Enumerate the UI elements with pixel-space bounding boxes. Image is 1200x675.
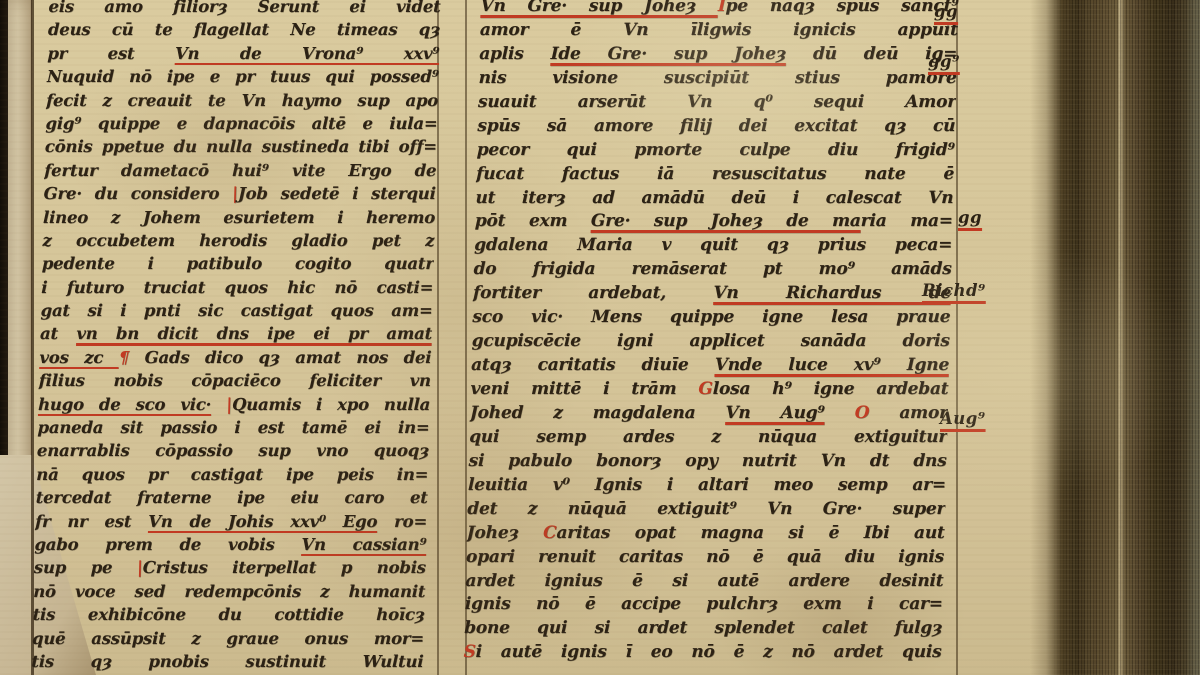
text-segment: Joheȝ xyxy=(466,523,543,543)
text-segment: atqȝ caritatis diuīe xyxy=(471,355,715,375)
rubricated-underlined-text: vos zc xyxy=(39,348,119,367)
text-segment: cōnis ppetue du nulla sustineda tibi off… xyxy=(45,137,437,156)
text-segment: filius nobis cōpaciēco feliciter vn xyxy=(39,371,431,390)
manuscript-line: eis amo filiorȝ Serunt ei videt xyxy=(48,0,441,18)
text-segment: gig⁹ quippe e dapnacōis altē e iula= xyxy=(45,114,437,133)
text-segment: tercedat fraterne ipe eiu caro et xyxy=(35,488,427,507)
manuscript-line: fucat factus iā resuscitatus nate ē xyxy=(476,163,955,187)
text-segment: ro= xyxy=(377,512,427,531)
text-segment: Job sedetē i sterqui xyxy=(238,184,436,203)
manuscript-line: pecor qui pmorte culpe diu frigid⁹ xyxy=(476,139,955,163)
manuscript-line: pr est Vn de Vrona⁹ xxv⁹ xyxy=(47,42,440,65)
manuscript-line: do frigida remāserat pt mo⁹ amāds xyxy=(473,258,952,282)
manuscript-line: ut iterȝ ad amādū deū i calescat Vn xyxy=(475,187,954,211)
manuscript-line: tis exhibicōne du cottidie hoīcȝ xyxy=(32,603,425,626)
text-segment: gdalena Maria v quit qȝ prius peca= xyxy=(474,235,953,255)
rubricated-underlined-text: Gre· sup Joheȝ de ma xyxy=(591,211,861,231)
rubric-mark: C xyxy=(543,523,557,543)
text-segment: Gre· du considero xyxy=(43,184,232,203)
manuscript-line: fertur dametacō hui⁹ vite Ergo de xyxy=(44,159,437,182)
manuscript-line: atqȝ caritatis diuīe Vnde luce xv⁹ Igne xyxy=(471,354,950,378)
manuscript-line: filius nobis cōpaciēco feliciter vn xyxy=(38,369,431,392)
manuscript-line: det z nūquā extiguit⁹ Vn Gre· super xyxy=(467,498,946,522)
text-segment: bone qui si ardet splendet calet fulgȝ xyxy=(464,618,943,638)
margin-citation-note: gg⁹ xyxy=(928,52,960,71)
text-segment: lineo z Johem esurietem i heremo xyxy=(43,208,435,227)
manuscript-line: tis qȝ pnobis sustinuit Wultui xyxy=(31,650,424,673)
text-segment: fr nr est xyxy=(35,512,149,531)
manuscript-line: qui semp ardes z nūqua extiguitur xyxy=(469,426,948,450)
manuscript-line: suauit arserūt Vn q⁰ sequi Amor xyxy=(478,91,957,115)
manuscript-line: veni mittē i trām Glosa h⁹ igne ardebat xyxy=(470,378,949,402)
text-segment: aritas opat magna si ē Ibi aut xyxy=(556,523,945,543)
text-segment xyxy=(824,403,855,423)
rubric-mark: O xyxy=(854,403,869,423)
manuscript-line: opari renuit caritas nō ē quā diu ignis xyxy=(466,546,945,570)
left-text-column: eis amo filiorȝ Serunt ei videtdeus cū t… xyxy=(31,0,441,673)
rubricated-underlined-text: Vn de Johis xxv⁰ Ego xyxy=(148,512,378,531)
rubricated-underlined-text: Ide Gre· sup Joheȝ xyxy=(550,44,786,64)
text-segment: ignis nō ē accipe pulchrȝ exm i car= xyxy=(465,594,944,614)
manuscript-line: si pabulo bonorȝ opy nutrit Vn dt dns xyxy=(468,450,947,474)
manuscript-line: Si autē ignis ī eo nō ē z nō ardet quis xyxy=(463,641,942,665)
text-segment: i futuro truciat quos hic nō casti= xyxy=(41,278,433,297)
manuscript-line: Joheȝ Caritas opat magna si ē Ibi aut xyxy=(466,522,945,546)
manuscript-line: amor ē Vn īligwis ignicis appuit xyxy=(480,19,959,43)
manuscript-line: sup pe |Cristus iterpellat p nobis xyxy=(34,556,427,579)
manuscript-line: nis visione suscipiūt stius pamore xyxy=(478,67,957,91)
manuscript-line: gabo prem de vobis Vn cassian⁹ xyxy=(34,533,427,556)
text-segment: aplis xyxy=(479,44,551,64)
text-segment: pe naqȝ spūs sanct⁹ xyxy=(725,0,958,16)
manuscript-line: nā quos pr castigat ipe peis in= xyxy=(36,463,429,486)
text-segment: suauit arserūt Vn q⁰ sequi Amor xyxy=(478,92,957,112)
text-segment: enarrablis cōpassio sup vno quoqȝ xyxy=(37,441,429,460)
text-segment: amor xyxy=(869,403,948,423)
manuscript-line: tercedat fraterne ipe eiu caro et xyxy=(35,486,428,509)
rubricated-underlined-text: Vn de Vrona⁹ xxv⁹ xyxy=(175,44,440,63)
manuscript-line: quē assūpsit z graue onus mor= xyxy=(32,627,425,650)
manuscript-line: gig⁹ quippe e dapnacōis altē e iula= xyxy=(45,112,438,135)
text-segment: quē assūpsit z graue onus mor= xyxy=(32,629,424,648)
margin-citation-note: Richd⁹ xyxy=(922,281,986,300)
text-segment: det z nūquā extiguit⁹ Vn Gre· super xyxy=(467,499,946,519)
book-fore-edge xyxy=(1030,0,1200,675)
text-segment: at xyxy=(40,324,77,343)
manuscript-line: at vn bn dicit dns ipe ei pr amat xyxy=(40,322,433,345)
text-segment: gat si i pnti sic castigat quos am= xyxy=(40,301,432,320)
manuscript-line: cōnis ppetue du nulla sustineda tibi off… xyxy=(45,135,438,158)
text-segment: nō voce sed redempcōnis z humanit xyxy=(33,582,425,601)
manuscript-line: sco vic· Mens quippe igne lesa praue xyxy=(472,306,951,330)
text-segment: ria ma= xyxy=(860,211,953,231)
text-segment: Quamis i xpo nulla xyxy=(232,395,431,414)
text-segment: i autē ignis ī eo nō ē z nō ardet quis xyxy=(475,642,941,662)
rubric-mark: G xyxy=(698,379,713,399)
text-segment: Cristus iterpellat p nobis xyxy=(143,558,427,577)
rubricated-underlined-text: Vn Richardus de xyxy=(713,283,951,303)
manuscript-photo: eis amo filiorȝ Serunt ei videtdeus cū t… xyxy=(0,0,1200,675)
manuscript-line: Nuquid nō ipe e pr tuus qui possed⁹ xyxy=(46,65,439,88)
text-segment: nis visione suscipiūt stius pamore xyxy=(478,68,957,88)
text-segment: fertur dametacō hui⁹ vite Ergo de xyxy=(44,161,436,180)
text-segment: pr est xyxy=(47,44,175,63)
text-segment: ardet ignius ē si autē ardere desinit xyxy=(465,571,944,591)
rubric-mark: ¶ xyxy=(119,348,130,367)
text-segment: z occubetem herodis gladio pet z xyxy=(42,231,434,250)
manuscript-line: paneda sit passio i est tamē ei in= xyxy=(37,416,430,439)
manuscript-line: fr nr est Vn de Johis xxv⁰ Ego ro= xyxy=(35,510,428,533)
manuscript-line: fortiter ardebat, Vn Richardus de xyxy=(473,282,952,306)
manuscript-line: deus cū te flagellat Ne timeas qȝ xyxy=(48,18,441,41)
rubricated-underlined-text: vn bn dicit dns ipe ei pr amat xyxy=(76,324,432,343)
text-segment: tis qȝ pnobis sustinuit Wultui xyxy=(31,652,423,671)
manuscript-line: ardet ignius ē si autē ardere desinit xyxy=(465,570,944,594)
manuscript-line: z occubetem herodis gladio pet z xyxy=(42,229,435,252)
margin-citation-note: Aug⁹ xyxy=(940,409,986,428)
manuscript-line: i futuro truciat quos hic nō casti= xyxy=(41,276,434,299)
manuscript-line: gat si i pnti sic castigat quos am= xyxy=(40,299,433,322)
fore-edge-grain xyxy=(1030,0,1200,675)
text-segment: paneda sit passio i est tamē ei in= xyxy=(37,418,429,437)
text-segment: eis amo filiorȝ Serunt ei videt xyxy=(48,0,440,16)
text-segment xyxy=(211,395,227,414)
rubricated-underlined-text: Vn Aug⁹ xyxy=(725,403,825,423)
text-segment: tis exhibicōne du cottidie hoīcȝ xyxy=(32,605,424,624)
text-segment: fortiter ardebat, xyxy=(473,283,714,303)
rubricated-underlined-text: Vn Gre· sup Joheȝ xyxy=(480,0,718,16)
right-text-column: Vn Gre· sup Joheȝ Ipe naqȝ spūs sanct⁹am… xyxy=(463,0,959,665)
text-segment: pedente i patibulo cogito quatr xyxy=(42,254,434,273)
manuscript-line: Johed z magdalena Vn Aug⁹ O amor xyxy=(469,402,948,426)
text-segment: pecor qui pmorte culpe diu frigid⁹ xyxy=(476,140,955,160)
rubricated-underlined-text: Vn cassian⁹ xyxy=(301,535,427,554)
text-segment: nā quos pr castigat ipe peis in= xyxy=(36,465,428,484)
text-segment: Gads dico qȝ amat nos dei xyxy=(129,348,432,367)
manuscript-line: pōt exm Gre· sup Joheȝ de maria ma= xyxy=(475,210,954,234)
manuscript-line: pedente i patibulo cogito quatr xyxy=(42,252,435,275)
text-segment: gabo prem de vobis xyxy=(34,535,301,554)
margin-citation-note: gg xyxy=(958,208,982,227)
text-segment: spūs sā amore filij dei excitat qȝ cū xyxy=(477,116,956,136)
text-segment: sup pe xyxy=(34,558,138,577)
manuscript-line: fecit z creauit te Vn haymo sup apo xyxy=(46,89,439,112)
text-segment: amor ē Vn īligwis ignicis appuit xyxy=(480,20,959,40)
manuscript-line: bone qui si ardet splendet calet fulgȝ xyxy=(464,617,943,641)
ruling-line-right-outer xyxy=(956,0,958,675)
manuscript-line: Gre· du considero |Job sedetē i sterqui xyxy=(43,182,436,205)
text-segment: ut iterȝ ad amādū deū i calescat Vn xyxy=(475,188,954,208)
rubricated-underlined-text: Vnde luce xv⁹ Igne xyxy=(714,355,949,375)
text-segment: veni mittē i trām xyxy=(470,379,698,399)
manuscript-line: lineo z Johem esurietem i heremo xyxy=(43,206,436,229)
text-segment: deus cū te flagellat Ne timeas qȝ xyxy=(48,20,440,39)
text-segment: fucat factus iā resuscitatus nate ē xyxy=(476,164,955,184)
text-segment: sco vic· Mens quippe igne lesa praue xyxy=(472,307,951,327)
manuscript-line: nō voce sed redempcōnis z humanit xyxy=(33,580,426,603)
text-segment: Nuquid nō ipe e pr tuus qui possed⁹ xyxy=(46,67,438,86)
manuscript-line: Vn Gre· sup Joheȝ Ipe naqȝ spūs sanct⁹ xyxy=(480,0,959,19)
text-segment: leuitia v⁰ Ignis i altari meo semp ar= xyxy=(468,475,947,495)
text-segment: do frigida remāserat pt mo⁹ amāds xyxy=(473,259,952,279)
manuscript-line: gcupiscēcie igni applicet sanāda doris xyxy=(471,330,950,354)
text-segment: opari renuit caritas nō ē quā diu ignis xyxy=(466,547,945,567)
rubricated-underlined-text: hugo de sco vic· xyxy=(38,395,212,414)
manuscript-line: vos zc ¶ Gads dico qȝ amat nos dei xyxy=(39,346,432,369)
text-segment: si pabulo bonorȝ opy nutrit Vn dt dns xyxy=(468,451,947,471)
text-segment: pōt exm xyxy=(475,211,592,231)
manuscript-line: aplis Ide Gre· sup Joheȝ dū deū ig= xyxy=(479,43,958,67)
text-segment: qui semp ardes z nūqua extiguitur xyxy=(469,427,948,447)
manuscript-line: enarrablis cōpassio sup vno quoqȝ xyxy=(37,439,430,462)
manuscript-line: leuitia v⁰ Ignis i altari meo semp ar= xyxy=(468,474,947,498)
text-segment: losa h⁹ igne ardebat xyxy=(712,379,948,399)
rubric-mark: S xyxy=(463,642,476,662)
text-segment: Johed z magdalena xyxy=(470,403,726,423)
manuscript-line: gdalena Maria v quit qȝ prius peca= xyxy=(474,234,953,258)
manuscript-line: hugo de sco vic· |Quamis i xpo nulla xyxy=(38,393,431,416)
text-segment: gcupiscēcie igni applicet sanāda doris xyxy=(471,331,950,351)
manuscript-line: ignis nō ē accipe pulchrȝ exm i car= xyxy=(464,593,943,617)
manuscript-line: spūs sā amore filij dei excitat qȝ cū xyxy=(477,115,956,139)
margin-citation-note: gg xyxy=(934,2,958,21)
text-segment: fecit z creauit te Vn haymo sup apo xyxy=(46,91,438,110)
